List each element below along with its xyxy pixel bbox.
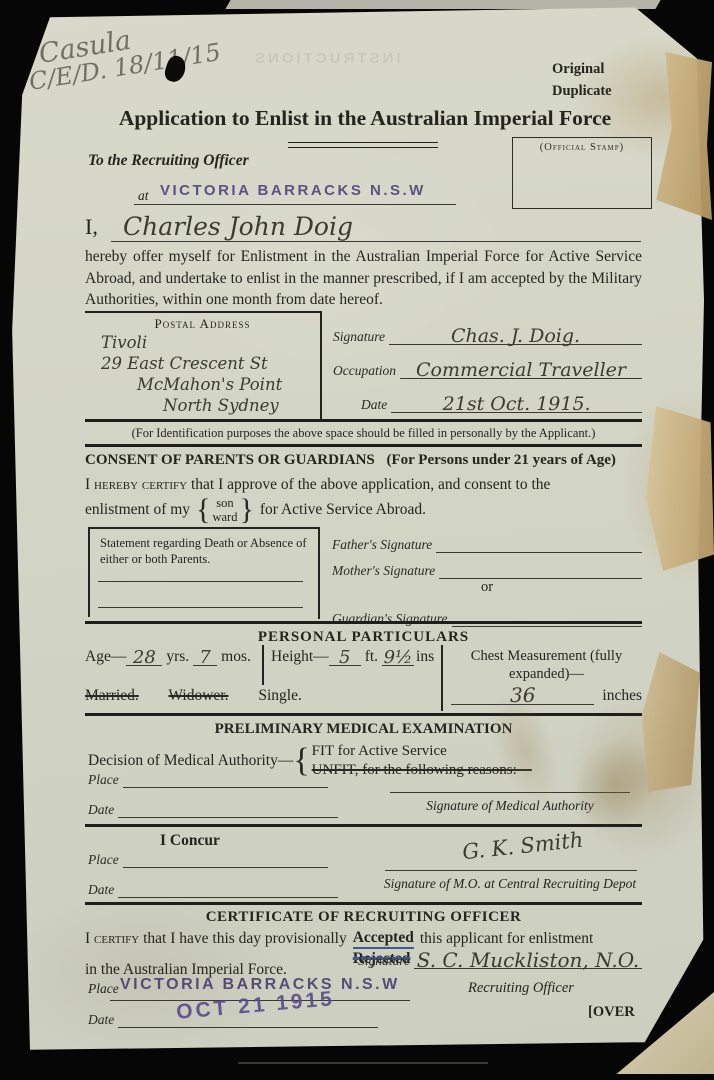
place-label: Place: [88, 852, 123, 868]
heavy-rule: [85, 902, 642, 905]
applicant-name-handwritten: Charles John Doig: [123, 212, 353, 241]
place-line: [123, 787, 328, 788]
identification-note: (For Identification purposes the above s…: [85, 426, 642, 441]
chest-value-row: 36 inches: [451, 683, 642, 705]
at-label: at: [138, 188, 149, 204]
scanned-document-photo: INSTRUCTIONS Casula C/E/D. 18/11/15 Orig…: [0, 0, 714, 1080]
consent-i: I: [85, 476, 94, 493]
married-option: Married.: [85, 687, 139, 704]
certificate-text-pre: I certify that I have this day provision…: [85, 930, 347, 948]
open-brace: {: [196, 495, 210, 525]
occupation-label: Occupation: [333, 363, 400, 379]
certificate-text-post: this applicant for enlistment: [420, 930, 593, 948]
postal-address-box: Postal Address Tivoli 29 East Crescent S…: [85, 311, 322, 419]
parents-statement-box: Statement regarding Death or Absence of …: [88, 527, 320, 617]
date-label: Date: [88, 882, 118, 898]
ward-option: ward: [212, 510, 237, 524]
enlistment-form-page: INSTRUCTIONS Casula C/E/D. 18/11/15 Orig…: [0, 0, 714, 1080]
ins-label: ins: [414, 648, 434, 666]
signature-row: Signature Chas. J. Doig.: [333, 311, 642, 345]
age-label: Age—: [85, 648, 126, 666]
cell-divider: [262, 645, 264, 685]
address-line: McMahon's Point: [137, 374, 320, 395]
i-label: I,: [85, 214, 98, 240]
date-line: [118, 897, 338, 898]
father-signature-row: Father's Signature: [332, 527, 642, 553]
personal-particulars-block: Age— 28 yrs. 7 mos. Height— 5 ft. 9½ ins…: [85, 647, 642, 711]
blank-writing-line: [98, 581, 303, 582]
date-handwritten: 21st Oct. 1915.: [443, 393, 591, 415]
consent-line-1: I hereby certify that I approve of the a…: [85, 476, 642, 494]
signature-handwritten: Chas. J. Doig.: [451, 325, 580, 347]
consent-certify-caps: hereby certify: [94, 476, 187, 493]
date-label: Date: [361, 397, 391, 413]
medical-place-row: Place: [88, 772, 328, 788]
decision-label: Decision of Medical Authority—: [88, 752, 293, 770]
parents-statement-text: Statement regarding Death or Absence of …: [90, 529, 318, 567]
address-line: Tivoli: [101, 332, 320, 353]
heavy-rule: [85, 621, 642, 624]
showthrough-text: INSTRUCTIONS: [252, 50, 401, 67]
medical-heading: PRELIMINARY MEDICAL EXAMINATION: [85, 721, 642, 738]
recruiting-officer-signature: S. C. Muckliston, N.O.: [417, 948, 640, 972]
signature-line: Chas. J. Doig.: [389, 325, 642, 345]
accepted-option: Accepted: [353, 928, 414, 949]
place-label: Place: [88, 772, 123, 788]
consent-rest: that I approve of the above application,…: [187, 476, 550, 493]
certificate-heading: CERTIFICATE OF RECRUITING OFFICER: [85, 909, 642, 926]
declarant-line: I, Charles John Doig: [85, 212, 642, 244]
name-underline: [111, 241, 641, 242]
height-inches: 9½: [384, 647, 413, 668]
date-line: [118, 817, 338, 818]
consent-heading: CONSENT OF PARENTS OR GUARDIANS (For Per…: [85, 452, 642, 469]
guardian-signature-label: Guardian's Signature: [332, 611, 452, 627]
heavy-rule: [85, 713, 642, 716]
at-underline: [134, 204, 456, 205]
age-cell: Age— 28 yrs. 7 mos.: [85, 647, 261, 666]
marital-status-row: Married. Widower. Single.: [85, 687, 328, 705]
address-line: North Sydney: [163, 395, 320, 416]
close-brace: }: [239, 495, 253, 525]
son-option: son: [212, 496, 237, 510]
heavy-rule: [85, 419, 642, 422]
recruiting-officer-label: Recruiting Officer: [468, 980, 574, 997]
height-feet: 5: [339, 647, 350, 668]
mother-signature-line: [439, 578, 642, 579]
guardian-signature-column: Father's Signature Mother's Signature or…: [332, 527, 642, 627]
over-label: [OVER: [588, 1004, 635, 1021]
consent-heading-suffix: (For Persons under 21 years of Age): [387, 452, 616, 468]
official-stamp-box: (Official Stamp): [512, 137, 652, 209]
father-signature-line: [436, 552, 642, 553]
place-label: Place: [88, 981, 119, 996]
certificate-place-row: Place VICTORIA BARRACKS N.S.W: [88, 980, 119, 998]
signature-line: S. C. Muckliston, N.O.: [414, 948, 642, 969]
single-option: Single.: [258, 687, 302, 704]
cert-i: I: [85, 930, 94, 947]
official-stamp-label: (Official Stamp): [513, 142, 651, 153]
guardian-signature-line: [452, 626, 642, 627]
son-ward-options: son ward: [210, 496, 239, 524]
title-underline: [288, 142, 438, 148]
father-signature-label: Father's Signature: [332, 537, 436, 553]
personal-particulars-heading: PERSONAL PARTICULARS: [85, 629, 642, 646]
cert-certify-caps: certify: [94, 930, 139, 947]
mo-signature-label: Signature of M.O. at Central Recruiting …: [378, 876, 642, 892]
form-title: Application to Enlist in the Australian …: [70, 106, 660, 131]
concur-date-row: Date: [88, 882, 338, 898]
heavy-rule: [85, 444, 642, 447]
pencil-annotation: Casula C/E/D. 18/11/15: [23, 11, 223, 96]
heavy-rule: [85, 824, 642, 827]
or-label: or: [332, 579, 642, 601]
consent-line2-post: for Active Service Abroad.: [260, 501, 426, 519]
identity-block: Postal Address Tivoli 29 East Crescent S…: [85, 311, 642, 417]
cell-divider: [441, 645, 443, 711]
cert-rest: that I have this day provisionally: [139, 930, 347, 947]
offer-paragraph: hereby offer myself for Enlistment in th…: [85, 246, 642, 311]
height-inches-line: 9½: [382, 647, 414, 666]
medical-date-row: Date: [88, 802, 338, 818]
i-concur-label: I Concur: [160, 832, 220, 850]
signature-label: Signature: [333, 329, 389, 345]
mo-signature-line: [385, 870, 637, 871]
concur-place-row: Place: [88, 852, 328, 868]
chest-label: Chest Measurement (fully expanded)—: [451, 647, 642, 683]
age-years: 28: [133, 647, 156, 668]
age-years-line: 28: [126, 647, 162, 666]
age-months: 7: [199, 647, 210, 668]
son-ward-choice: { son ward }: [196, 495, 254, 525]
place-line: [123, 867, 328, 868]
date-line: [118, 1027, 378, 1028]
original-label: Original: [552, 58, 642, 80]
column-divider: [318, 527, 320, 619]
consent-line-2: enlistment of my { son ward } for Active…: [85, 495, 642, 525]
duplicate-label: Duplicate: [552, 80, 642, 102]
date-row: Date 21st Oct. 1915.: [333, 379, 642, 413]
mother-signature-label: Mother's Signature: [332, 563, 439, 579]
copy-labels: Original Duplicate: [552, 58, 642, 102]
consent-line2-pre: enlistment of my: [85, 501, 190, 519]
ft-label: ft.: [361, 648, 382, 666]
age-months-line: 7: [193, 647, 217, 666]
height-feet-line: 5: [329, 647, 361, 666]
consent-heading-main: CONSENT OF PARENTS OR GUARDIANS: [85, 452, 375, 468]
postal-address-label: Postal Address: [85, 316, 320, 332]
postal-address-handwritten: Tivoli 29 East Crescent St McMahon's Poi…: [85, 332, 320, 416]
signature-label: Signature: [358, 953, 414, 969]
under-sheet-edge: [238, 1062, 488, 1064]
inches-label: inches: [594, 687, 642, 705]
recruiting-officer-signature-row: Signature S. C. Muckliston, N.O.: [358, 948, 642, 969]
barracks-stamp: VICTORIA BARRACKS N.S.W: [160, 182, 426, 199]
height-cell: Height— 5 ft. 9½ ins: [271, 647, 437, 666]
date-label: Date: [88, 1012, 118, 1028]
scan-edge-sliver: [225, 0, 660, 9]
signature-column: Signature Chas. J. Doig. Occupation Comm…: [333, 311, 642, 413]
address-line: 29 East Crescent St: [101, 353, 320, 374]
occupation-line: Commercial Traveller: [400, 359, 642, 379]
yrs-label: yrs.: [162, 648, 193, 666]
occupation-row: Occupation Commercial Traveller: [333, 345, 642, 379]
barracks-stamp-bottom: VICTORIA BARRACKS N.S.W: [120, 976, 400, 994]
date-line: 21st Oct. 1915.: [391, 393, 642, 413]
height-label: Height—: [271, 648, 329, 666]
to-recruiting-officer: To the Recruiting Officer: [88, 152, 249, 170]
date-label: Date: [88, 802, 118, 818]
occupation-handwritten: Commercial Traveller: [416, 359, 626, 381]
mos-label: mos.: [217, 648, 251, 666]
certificate-date-row: Date: [88, 1012, 378, 1028]
mo-signature-handwritten: G. K. Smith: [461, 828, 584, 865]
mother-signature-row: Mother's Signature: [332, 553, 642, 579]
widower-option: Widower.: [168, 687, 228, 704]
blank-writing-line: [98, 607, 303, 608]
